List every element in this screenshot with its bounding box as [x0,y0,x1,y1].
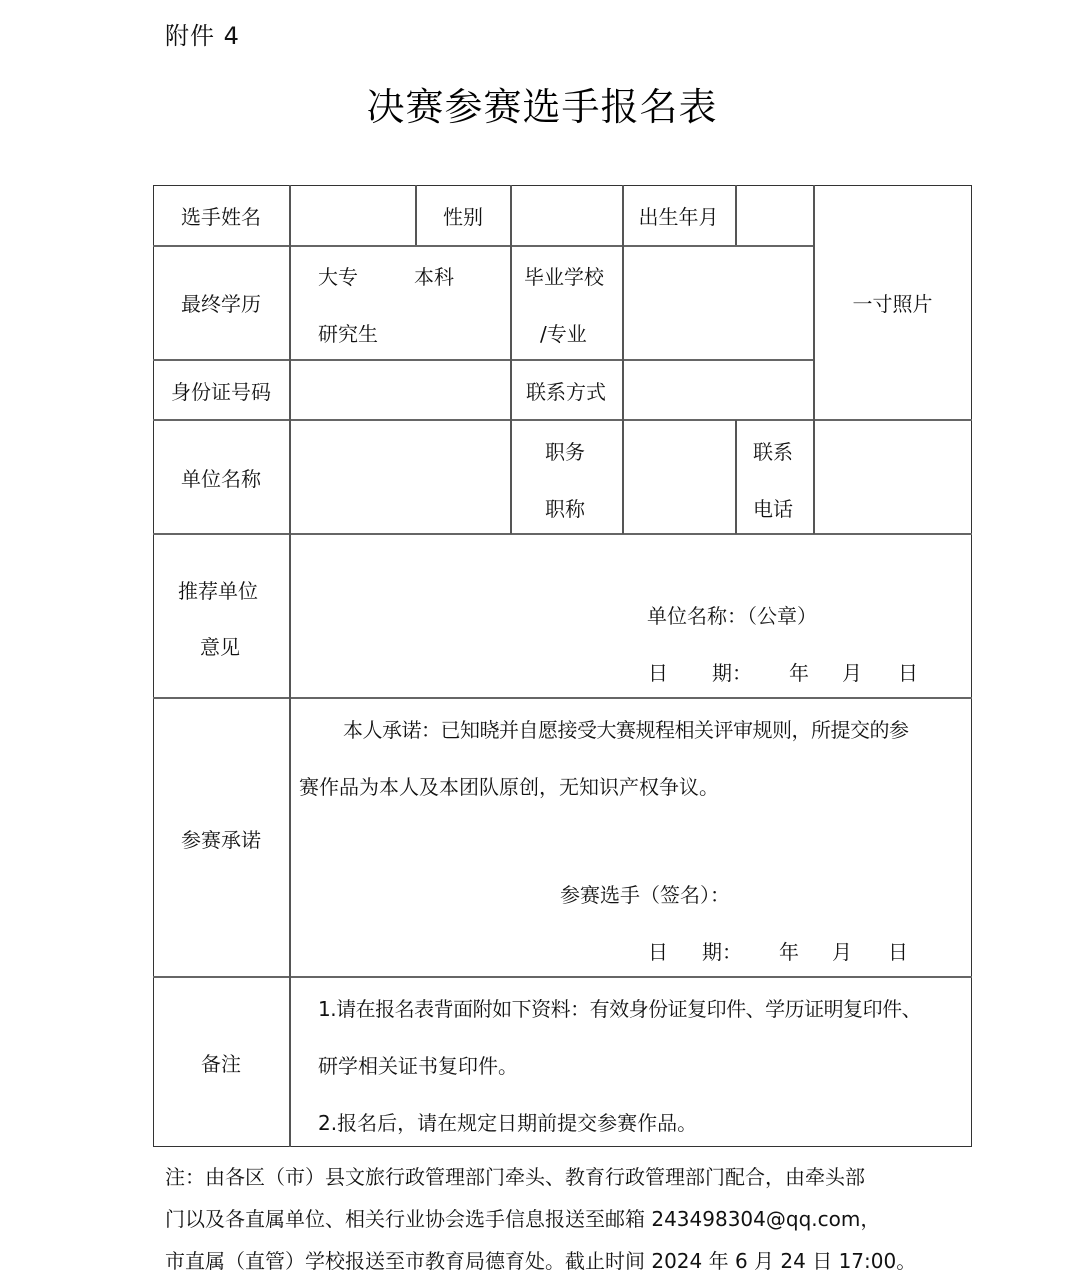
date-end: 日 [888,936,908,965]
id-field[interactable] [290,360,510,419]
name-field[interactable] [290,186,415,245]
date-label: 期： [702,936,742,965]
date-day-char: 日 [648,657,668,686]
footer-note-line3: 市直属（直管）学校报送至市教育局德育处。截止时间 2024 年 6 月 24 日… [165,1240,925,1282]
education-option-bachelor[interactable]: 本科 [414,261,454,290]
remark-line3: 2.报名后，请在规定日期前提交参赛作品。 [318,1107,697,1136]
phone-field[interactable] [814,421,971,533]
col-divider [735,420,737,534]
date-year: 年 [779,936,799,965]
attachment-label: 附件 4 [165,16,240,51]
position-label-line1: 职务 [545,436,585,465]
name-label: 选手姓名 [153,185,289,245]
id-label: 身份证号码 [153,360,289,420]
position-label-line2: 职称 [545,493,585,522]
school-field[interactable] [623,246,813,359]
pledge-label: 参赛承诺 [153,699,289,977]
date-month: 月 [832,936,852,965]
recommend-label-line2: 意见 [200,631,240,660]
gender-label: 性别 [416,185,510,245]
remark-line1: 1.请在报名表背面附如下资料：有效身份证复印件、学历证明复印件、 [318,993,921,1022]
org-field[interactable] [290,421,510,533]
education-option-junior-college[interactable]: 大专 [318,261,358,290]
photo-box[interactable]: 一寸照片 [814,186,971,419]
footer-note: 注：由各区（市）县文旅行政管理部门牵头、教育行政管理部门配合，由牵头部 门以及各… [165,1156,925,1282]
pledge-line1: 本人承诺：已知晓并自愿接受大赛规程相关评审规则，所提交的参 [343,714,909,743]
contact-field[interactable] [623,360,813,419]
birth-field[interactable] [736,186,813,245]
date-month: 月 [842,657,862,686]
education-option-postgraduate[interactable]: 研究生 [318,318,378,347]
position-field[interactable] [623,421,735,533]
school-label-line2: /专业 [540,318,587,347]
date-day-char: 日 [648,936,668,965]
page-title: 决赛参赛选手报名表 [0,76,1080,131]
footer-note-line1: 注：由各区（市）县文旅行政管理部门牵头、教育行政管理部门配合，由牵头部 [165,1156,925,1198]
signature-text[interactable]: 参赛选手（签名）： [560,879,730,908]
footer-note-line2: 门以及各直属单位、相关行业协会选手信息报送至邮箱 243498304@qq.co… [165,1198,925,1240]
org-label: 单位名称 [153,421,289,534]
date-end: 日 [898,657,918,686]
education-label: 最终学历 [153,246,289,359]
gender-field[interactable] [511,186,622,245]
phone-label-line1: 联系 [753,436,793,465]
date-label: 期： [712,657,752,686]
date-year: 年 [789,657,809,686]
seal-text: 单位名称：（公章） [647,600,817,629]
school-label-line1: 毕业学校 [524,261,604,290]
col-divider [289,185,291,1147]
contact-label: 联系方式 [510,360,622,420]
birth-label: 出生年月 [622,185,735,245]
remark-line2: 研学相关证书复印件。 [318,1050,518,1079]
pledge-line2: 赛作品为本人及本团队原创，无知识产权争议。 [299,771,719,800]
recommend-label-line1: 推荐单位 [178,575,258,604]
phone-label-line2: 电话 [753,493,793,522]
remarks-label: 备注 [153,978,289,1147]
